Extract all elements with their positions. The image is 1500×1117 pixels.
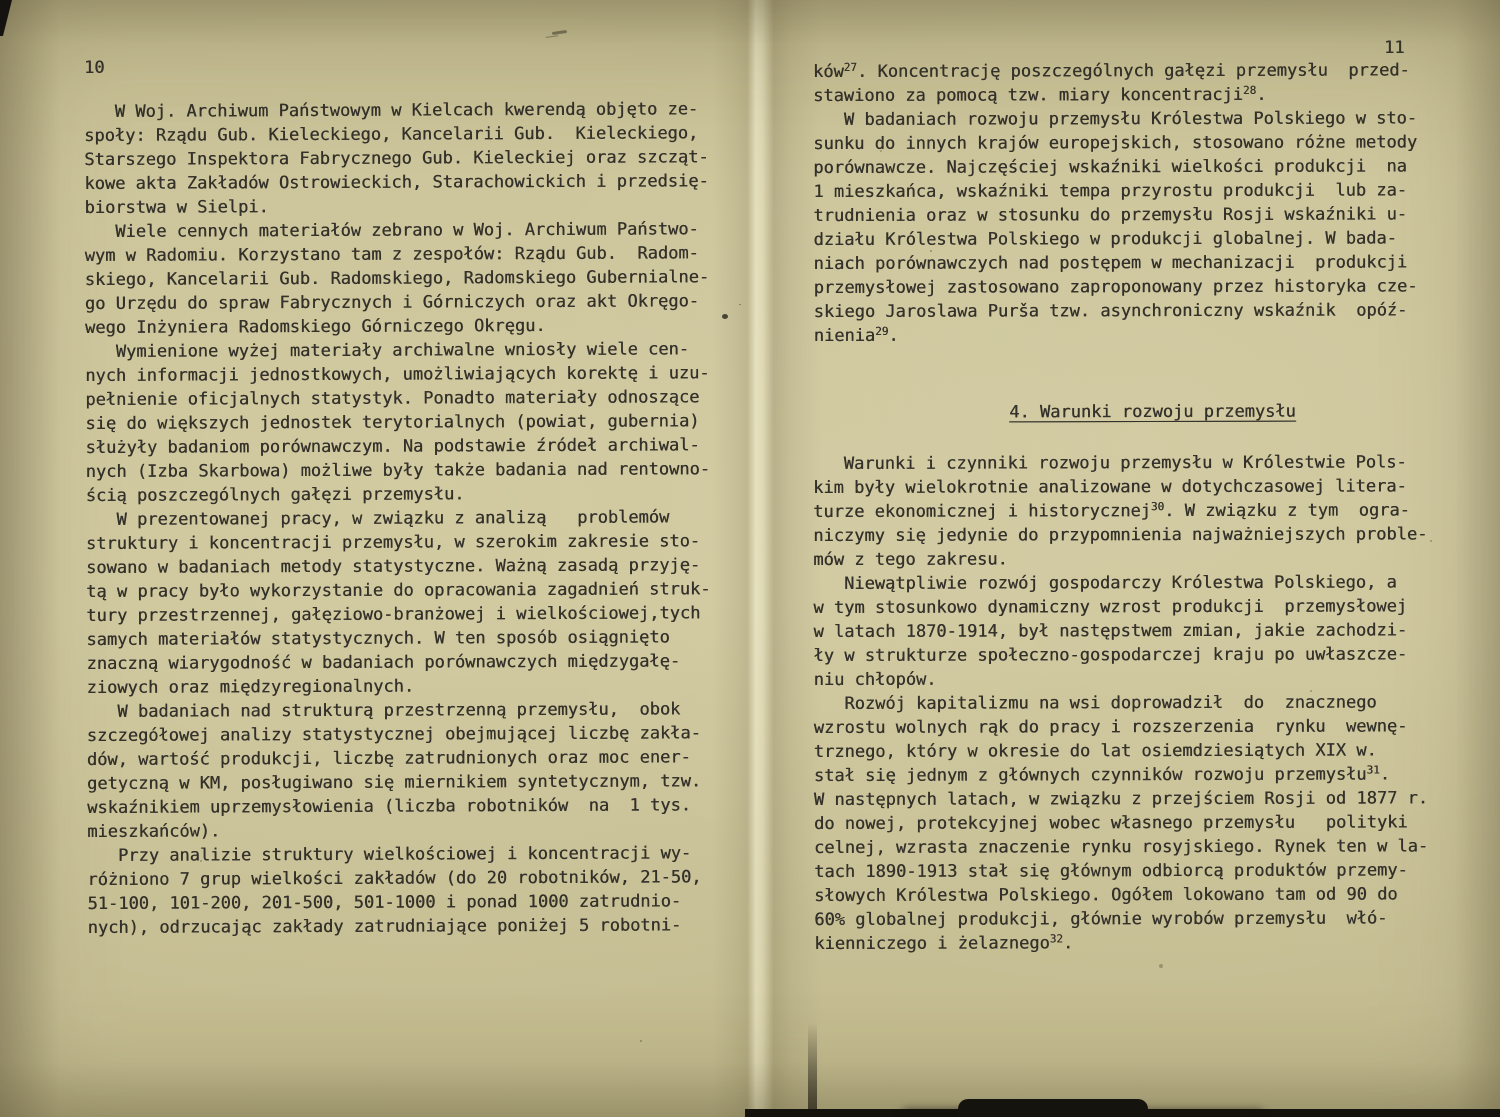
text-line: Przy analizie struktury wielkościowej i …: [87, 841, 737, 868]
text-line: biorstwa w Sielpi.: [84, 193, 734, 220]
text-line: mieszkańców).: [87, 817, 737, 844]
book-spread: 10 W Woj. Archiwum Państwowym w Kielcach…: [0, 0, 1500, 1117]
text-line: trznego, który w okresie do lat osiemdzi…: [814, 738, 1464, 764]
text-line: struktury i koncentracji przemysłu, w sz…: [86, 529, 736, 556]
text-line: sowano w badaniach metody statystyczne. …: [86, 553, 736, 580]
text-line: znaczną wiarygodność w badaniach porówna…: [86, 649, 736, 676]
text-line: nych (Izba Skarbowa) możliwe były także …: [86, 457, 736, 484]
footnote-ref: 31: [1367, 764, 1380, 777]
text-line: do nowej, protekcyjnej wobec własnego pr…: [814, 810, 1464, 836]
page-right-text-top: ków27. Koncentrację poszczególnych gałęz…: [813, 58, 1464, 348]
text-line: niu chłopów.: [814, 666, 1464, 692]
text-line: ziowych oraz międzyregionalnych.: [87, 673, 737, 700]
text-line: 51-100, 101-200, 201-500, 501-1000 i pon…: [87, 889, 737, 916]
text-line: Rozwój kapitalizmu na wsi doprowadził do…: [814, 690, 1464, 716]
text-line: ków27. Koncentrację poszczególnych gałęz…: [813, 58, 1463, 84]
text-line: niach porównawczych nad postępem w mecha…: [814, 250, 1464, 276]
text-line: 60% globalnej produkcji, głównie wyrobów…: [814, 906, 1464, 932]
footnote-ref: 28: [1243, 84, 1256, 97]
page-right-text-bottom: Warunki i czynniki rozwoju przemysłu w K…: [813, 450, 1464, 956]
footnote-ref: 30: [1151, 500, 1164, 513]
text-line: działu Królestwa Polskiego w produkcji g…: [813, 226, 1463, 252]
page-number-right: 11: [1384, 38, 1404, 58]
text-line: tach 1890-1913 stał się głównym odbiorcą…: [814, 858, 1464, 884]
text-line: w latach 1870-1914, był następstwem zmia…: [813, 618, 1463, 644]
text-line: kowe akta Zakładów Ostrowieckich, Starac…: [84, 169, 734, 196]
text-line: tury przestrzennej, gałęziowo-branżowej …: [86, 601, 736, 628]
text-line: tą w pracy było wykorzystanie do opracow…: [86, 577, 736, 604]
text-line: W badaniach nad strukturą przestrzenną p…: [87, 697, 737, 724]
text-line: W prezentowanej pracy, w związku z anali…: [86, 505, 736, 532]
text-line: W następnych latach, w związku z przejśc…: [814, 786, 1464, 812]
text-line: 1 mieszkańca, wskaźniki tempa przyrostu …: [813, 178, 1463, 204]
text-line: Wiele cennych materiałów zebrano w Woj. …: [85, 217, 735, 244]
text-line: przemysłowej zastosowano zaproponowany p…: [814, 274, 1464, 300]
text-line: służyły badaniom porównawczym. Na podsta…: [85, 433, 735, 460]
text-line: słowych Królestwa Polskiego. Ogółem loko…: [814, 882, 1464, 908]
ink-speck: [722, 314, 728, 319]
text-line: Starszego Inspektora Fabrycznego Gub. Ki…: [84, 145, 734, 172]
text-line: celnej, wzrasta znaczenie rynku rosyjski…: [814, 834, 1464, 860]
text-line: skiego, Kancelarii Gub. Radomskiego, Rad…: [85, 265, 735, 292]
footnote-ref: 27: [844, 61, 857, 74]
text-line: samych materiałów statystycznych. W ten …: [86, 625, 736, 652]
text-line: się do większych jednostek terytorialnyc…: [85, 409, 735, 436]
text-line: pełnienie oficjalnych statystyk. Ponadto…: [85, 385, 735, 412]
gutter-shadow-line: [808, 1022, 817, 1117]
text-line: szczegółowej analizy statystycznej obejm…: [87, 721, 737, 748]
text-line: Niewątpliwie rozwój gospodarczy Królestw…: [813, 570, 1463, 596]
section-heading: 4. Warunki rozwoju przemysłu: [845, 401, 1460, 423]
text-line: nienia29.: [814, 322, 1464, 348]
text-line: sunku do innych krajów europejskich, sto…: [813, 130, 1463, 156]
text-line: W Woj. Archiwum Państwowym w Kielcach kw…: [84, 97, 734, 124]
text-line: ły w strukturze społeczno-gospodarczej k…: [814, 642, 1464, 668]
scan-bottom-shadow: [958, 1099, 1148, 1117]
text-line: wzrostu wolnych rąk do pracy i rozszerze…: [814, 714, 1464, 740]
text-line: stał się jednym z głównych czynników roz…: [814, 762, 1464, 788]
text-line: W badaniach rozwoju przemysłu Królestwa …: [813, 106, 1463, 132]
footnote-ref: 29: [875, 325, 888, 338]
text-line: porównawcze. Najczęściej wskaźniki wielk…: [813, 154, 1463, 180]
text-line: mów z tego zakresu.: [813, 546, 1463, 572]
text-line: skiego Jaroslawa Purša tzw. asynchronicz…: [814, 298, 1464, 324]
text-line: niczymy się jedynie do przypomnienia naj…: [813, 522, 1463, 548]
text-line: kienniczego i żelaznego32.: [814, 930, 1464, 956]
text-line: Wymienione wyżej materiały archiwalne wn…: [85, 337, 735, 364]
text-line: nych), odrzucając zakłady zatrudniające …: [88, 913, 738, 940]
text-line: ścią poszczególnych gałęzi przemysłu.: [86, 481, 736, 508]
text-line: wskaźnikiem uprzemysłowienia (liczba rob…: [87, 793, 737, 820]
text-line: w tym stosunkowo dynamiczny wzrost produ…: [813, 594, 1463, 620]
text-line: turze ekonomicznej i historycznej30. W z…: [813, 498, 1463, 524]
page-number-left: 10: [84, 58, 104, 78]
page-left-text: W Woj. Archiwum Państwowym w Kielcach kw…: [84, 97, 738, 940]
text-line: dów, wartość produkcji, liczbę zatrudnio…: [87, 745, 737, 772]
text-line: społy: Rządu Gub. Kieleckiego, Kancelari…: [84, 121, 734, 148]
scan-corner-mark: [0, 0, 12, 36]
footnote-ref: 32: [1050, 932, 1063, 945]
text-line: wym w Radomiu. Korzystano tam z zespołów…: [85, 241, 735, 268]
text-line: stawiono za pomocą tzw. miary koncentrac…: [813, 82, 1463, 108]
text-line: różniono 7 grup wielkości zakładów (do 2…: [87, 865, 737, 892]
text-line: wego Inżyniera Radomskiego Górniczego Ok…: [85, 313, 735, 340]
text-line: kim były wielokrotnie analizowane w doty…: [813, 474, 1463, 500]
text-line: trudnienia oraz w stosunku do przemysłu …: [813, 202, 1463, 228]
pencil-mark: [552, 30, 567, 35]
text-line: getyczną w KM, posługiwano się miernikie…: [87, 769, 737, 796]
text-line: go Urzędu do spraw Fabrycznych i Górnicz…: [85, 289, 735, 316]
text-line: Warunki i czynniki rozwoju przemysłu w K…: [813, 450, 1463, 476]
text-line: nych informacji jednostkowych, umożliwia…: [85, 361, 735, 388]
